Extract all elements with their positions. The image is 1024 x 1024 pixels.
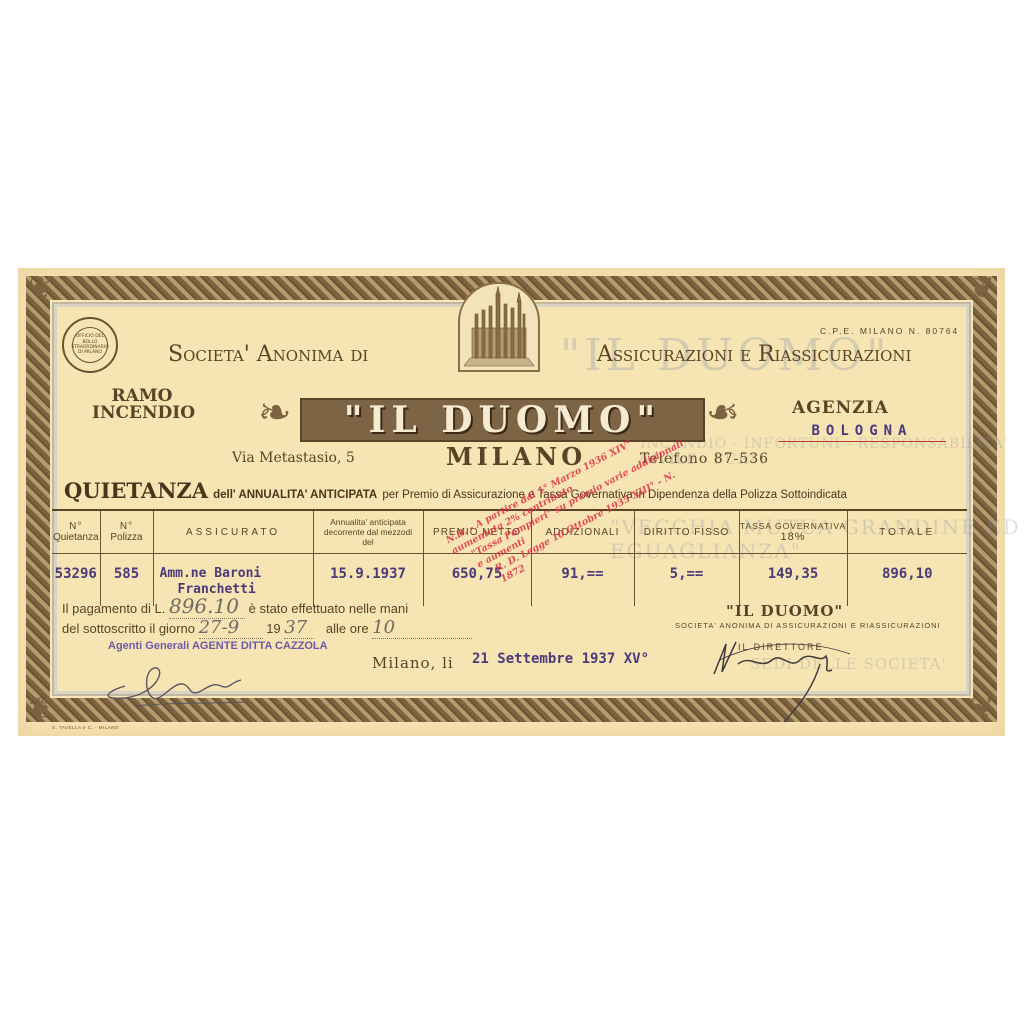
typed-date: 21 Settembre 1937 XV° — [472, 651, 649, 667]
director-signature — [700, 634, 860, 724]
header-quietanza: N°Quietanza — [52, 510, 100, 554]
hour-label: alle ore — [326, 621, 369, 636]
footer-company-sub: SOCIETA' ANONIMA DI ASSICURAZIONI E RIAS… — [675, 621, 941, 630]
header-diritto-fisso: DIRITTO FISSO — [634, 510, 739, 554]
cell-tassa-governativa: 149,35 — [739, 554, 847, 607]
agent-stamp: Agenti Generali AGENTE DITTA CAZZOLA — [108, 640, 328, 652]
printer-mark: S. TAVELLA e C. - MILANO — [52, 725, 119, 730]
corner-ornament-icon: ❦ — [965, 692, 999, 726]
corner-ornament-icon: ❦ — [24, 272, 58, 306]
cpe-number: C.P.E. MILANO N. 80764 — [820, 326, 959, 336]
cell-diritto-fisso: 5,== — [634, 554, 739, 607]
agent-signature — [95, 652, 255, 712]
receipt-subtitle-bold: dell' ANNUALITA' ANTICIPATA — [213, 489, 377, 501]
revenue-seal: UFFICIO DEL BOLLO STRAORDINARIO DI MILAN… — [62, 317, 118, 373]
company-line-right: Assicurazioni e Riassicurazioni — [597, 342, 911, 367]
city: MILANO — [446, 442, 586, 471]
handwritten-hour: 10 — [372, 617, 472, 639]
cell-totale: 896,10 — [847, 554, 967, 607]
header-tassa-governativa: TASSA GOVERNATIVA18% — [739, 510, 847, 554]
handwritten-day: 27-9 — [199, 617, 263, 639]
scroll-ornament-icon: ❧ — [706, 390, 740, 436]
header-totale: TOTALE — [847, 510, 967, 554]
duomo-cathedral-icon — [458, 282, 540, 372]
company-line-left: Societa' Anonima di — [168, 342, 368, 367]
corner-ornament-icon: ❦ — [24, 692, 58, 726]
address: Via Metastasio, 5 — [232, 450, 355, 466]
agency-label: AGENZIA — [792, 398, 889, 418]
branch-label: RAMO INCENDIO — [92, 388, 192, 422]
handwritten-amount: 896.10 — [169, 594, 245, 619]
payment-prefix: Il pagamento di L. — [62, 601, 165, 616]
agency-value: BOLOGNA — [778, 423, 946, 442]
receipt-title: QUIETANZA — [64, 478, 208, 503]
footer-company: "IL DUOMO" — [726, 602, 843, 620]
scroll-ornament-icon: ❧ — [258, 390, 292, 436]
handwritten-year: 37 — [284, 617, 314, 639]
header-polizza: N°Polizza — [100, 510, 153, 554]
header-assicurato: ASSICURATO — [153, 510, 313, 554]
receipt-heading: QUIETANZA dell' ANNUALITA' ANTICIPATA pe… — [64, 478, 847, 503]
payment-line-1: Il pagamento di L. 896.10 è stato effett… — [62, 594, 408, 619]
seal-text: UFFICIO DEL BOLLO STRAORDINARIO DI MILAN… — [72, 327, 108, 363]
corner-ornament-icon: ❦ — [965, 272, 999, 306]
branch-line: INCENDIO — [92, 405, 192, 422]
place-label: Milano, li — [372, 654, 454, 672]
payment-suffix: è stato effettuato nelle mani — [249, 601, 408, 616]
header-decorrenza: Annualita' anticipata decorrente dal mez… — [313, 510, 423, 554]
payment-line-2: del sottoscritto il giorno 27-9 19 37 al… — [62, 617, 472, 639]
company-name: "IL DUOMO" — [344, 399, 661, 441]
payment-date-prefix: del sottoscritto il giorno — [62, 621, 195, 636]
year-prefix: 19 — [266, 621, 280, 636]
